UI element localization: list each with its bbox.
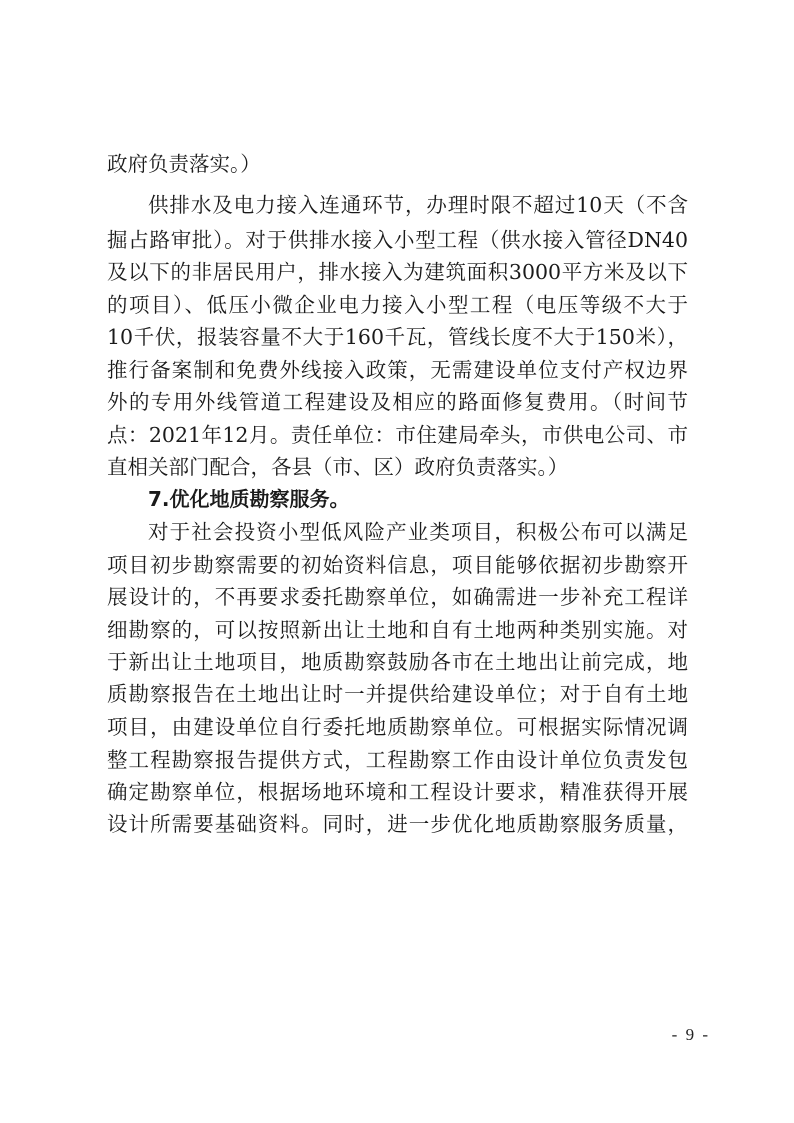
paragraph-line: 展设计的，不再要求委托勘察单位，如确需进一步补充工程详	[107, 582, 688, 612]
paragraph-line: 对于社会投资小型低风险产业类项目，积极公布可以满足	[148, 517, 688, 547]
paragraph-line: 项目初步勘察需要的初始资料信息，项目能够依据初步勘察开	[107, 550, 688, 580]
paragraph-line: 政府负责落实。）	[107, 149, 688, 179]
page-number: - 9 -	[640, 1025, 710, 1045]
paragraph-line: 掘占路审批）。对于供排水接入小型工程（供水接入管径DN40	[107, 225, 688, 255]
paragraph-line: 点：2021年12月。责任单位：市住建局牵头，市供电公司、市	[107, 420, 688, 450]
section-heading: 7.优化地质勘察服务。	[148, 484, 688, 514]
paragraph-line: 外的专用外线管道工程建设及相应的路面修复费用。（时间节	[107, 387, 688, 417]
paragraph-line: 质勘察报告在土地出让时一并提供给建设单位；对于自有土地	[107, 679, 688, 709]
paragraph-line: 10千伏，报装容量不大于160千瓦，管线长度不大于150米），	[107, 322, 688, 352]
paragraph-line: 及以下的非居民用户，排水接入为建筑面积3000平方米及以下	[107, 257, 688, 287]
paragraph-line: 设计所需要基础资料。同时，进一步优化地质勘察服务质量，	[107, 809, 688, 839]
paragraph-line: 的项目）、低压小微企业电力接入小型工程（电压等级不大于	[107, 290, 688, 320]
paragraph-line: 供排水及电力接入连通环节，办理时限不超过10天（不含	[148, 190, 688, 220]
paragraph-line: 项目，由建设单位自行委托地质勘察单位。可根据实际情况调	[107, 712, 688, 742]
paragraph-line: 细勘察的，可以按照新出让土地和自有土地两种类别实施。对	[107, 615, 688, 645]
paragraph-line: 于新出让土地项目，地质勘察鼓励各市在土地出让前完成，地	[107, 647, 688, 677]
paragraph-line: 推行备案制和免费外线接入政策，无需建设单位支付产权边界	[107, 355, 688, 385]
paragraph-line: 整工程勘察报告提供方式，工程勘察工作由设计单位负责发包	[107, 745, 688, 775]
document-page: 政府负责落实。） 供排水及电力接入连通环节，办理时限不超过10天（不含 掘占路审…	[0, 0, 794, 1123]
paragraph-line: 确定勘察单位，根据场地环境和工程设计要求，精准获得开展	[107, 777, 688, 807]
paragraph-line: 直相关部门配合，各县（市、区）政府负责落实。）	[107, 452, 688, 482]
